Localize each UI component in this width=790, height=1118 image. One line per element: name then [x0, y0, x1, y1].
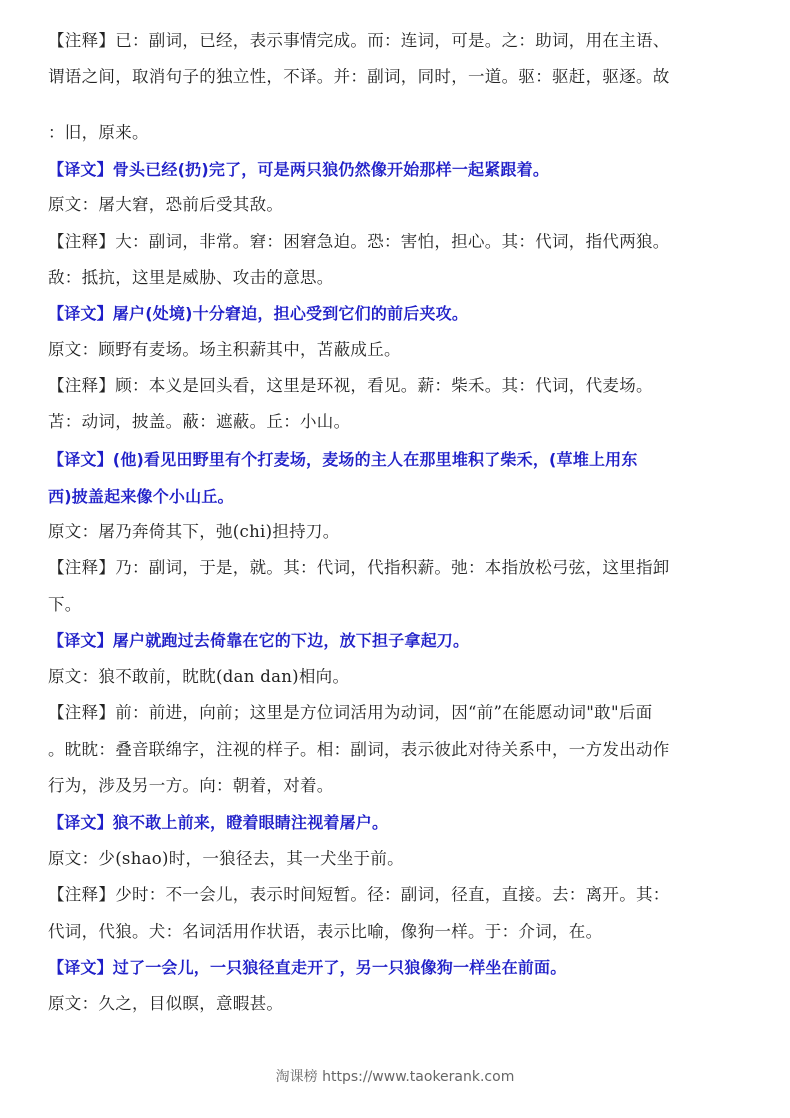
note-line: 代词，代狼。犬：名词活用作状语，表示比喻，像狗一样。于：介词，在。: [48, 920, 602, 944]
original-line: 原文：屠大窘，恐前后受其敌。: [48, 193, 283, 217]
original-line: 原文：久之，目似瞑，意暇甚。: [48, 992, 283, 1016]
translation-line: 【译文】过了一会儿，一只狼径直走开了，另一只狼像狗一样坐在前面。: [48, 956, 566, 980]
translation-line: 西)披盖起来像个小山丘。: [48, 485, 234, 509]
translation-line: 【译文】屠户(处境)十分窘迫，担心受到它们的前后夹攻。: [48, 302, 468, 326]
translation-line: 【译文】骨头已经(扔)完了，可是两只狼仍然像开始那样一起紧跟着。: [48, 158, 549, 182]
translation-line: 【译文】狼不敢上前来，瞪着眼睛注视着屠户。: [48, 811, 388, 835]
note-line: 。眈眈：叠音联绵字，注视的样子。相：副词，表示彼此对待关系中，一方发出动作: [48, 738, 670, 762]
translation-line: 【译文】(他)看见田野里有个打麦场，麦场的主人在那里堆积了柴禾，(草堆上用东: [48, 448, 638, 472]
note-line: 【注释】顾：本义是回头看，这里是环视，看见。薪：柴禾。其：代词，代麦场。: [48, 374, 653, 398]
original-line: 原文：狼不敢前，眈眈(dan dan)相向。: [48, 665, 349, 689]
note-line: 【注释】前：前进，向前；这里是方位词活用为动词，因“前”在能愿动词"敢"后面: [48, 701, 652, 725]
note-line: ：旧，原来。: [48, 121, 149, 145]
note-line: 敌：抵抗，这里是威胁、攻击的意思。: [48, 266, 334, 290]
footer-watermark: 淘课榜 https://www.taokerank.com: [0, 1066, 790, 1086]
original-line: 原文：少(shao)时，一狼径去，其一犬坐于前。: [48, 847, 404, 871]
note-line: 下。: [48, 593, 82, 617]
note-line: 行为，涉及另一方。向：朝着，对着。: [48, 774, 334, 798]
note-line: 苫：动词，披盖。蔽：遮蔽。丘：小山。: [48, 410, 350, 434]
note-line: 【注释】已：副词，已经，表示事情完成。而：连词，可是。之：助词，用在主语、: [48, 29, 670, 53]
note-line: 【注释】乃：副词，于是，就。其：代词，代指积薪。弛：本指放松弓弦，这里指卸: [48, 556, 670, 580]
note-line: 【注释】大：副词，非常。窘：困窘急迫。恐：害怕，担心。其：代词，指代两狼。: [48, 230, 670, 254]
note-line: 【注释】少时：不一会儿，表示时间短暂。径：副词，径直，直接。去：离开。其：: [48, 883, 670, 907]
translation-line: 【译文】屠户就跑过去倚靠在它的下边，放下担子拿起刀。: [48, 629, 469, 653]
note-line: 谓语之间，取消句子的独立性，不译。并：副词，同时，一道。驱：驱赶，驱逐。故: [48, 65, 670, 89]
original-line: 原文：顾野有麦场。场主积薪其中，苫蔽成丘。: [48, 338, 401, 362]
original-line: 原文：屠乃奔倚其下，弛(chi)担持刀。: [48, 520, 340, 544]
